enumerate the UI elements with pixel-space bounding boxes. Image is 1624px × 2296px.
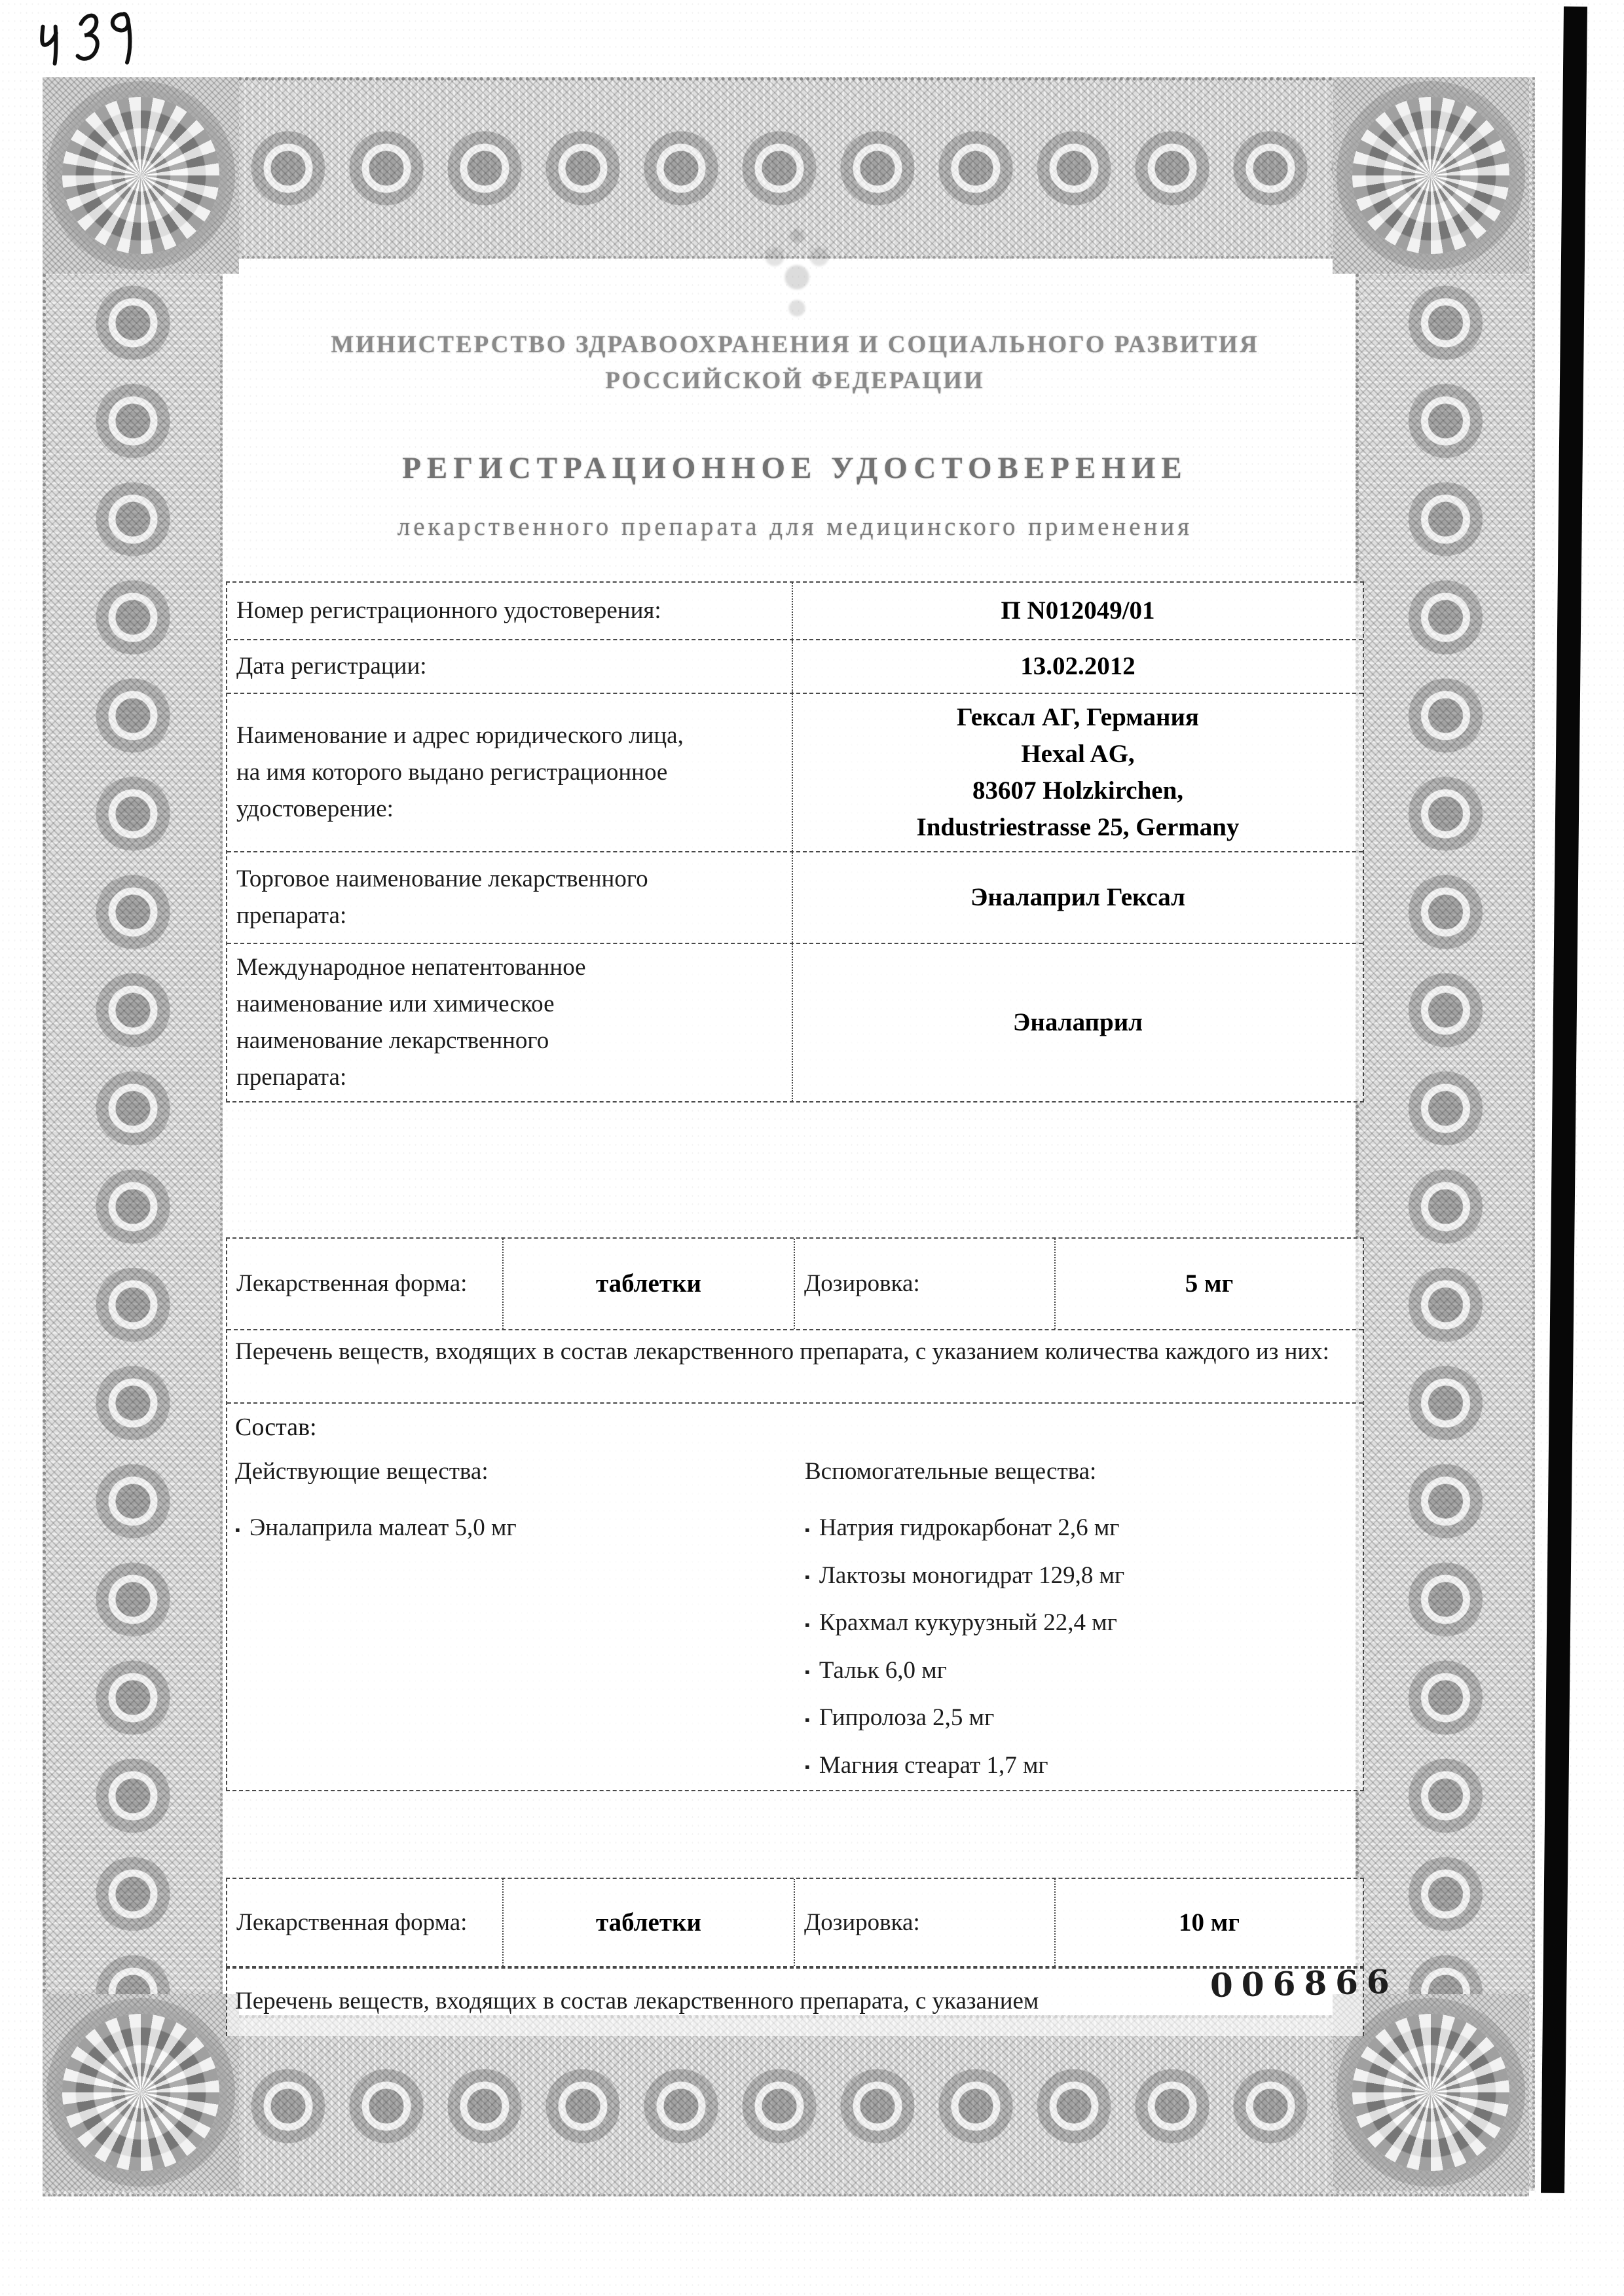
form-5mg-table: Лекарственная форма: таблетки Дозировка:… <box>226 1237 1364 1791</box>
table-row: Лекарственная форма: таблетки Дозировка:… <box>227 1879 1363 1966</box>
table-row: Состав: Действующие вещества: Эналаприла… <box>227 1402 1363 1790</box>
frame-band-right <box>1356 77 1535 2191</box>
table-row: Международное непатентованное наименован… <box>227 943 1363 1101</box>
trade-name-value: Эналаприл Гексал <box>792 852 1363 943</box>
holder-line: 83607 Holzkirchen, <box>972 773 1183 809</box>
trade-name-label-text: Торговое наименование лекарственного пре… <box>236 861 708 934</box>
form-value-5mg: таблетки <box>502 1239 794 1329</box>
excipient-item: Магния стеарат 1,7 мг <box>805 1743 1355 1791</box>
composition-intro-10mg: Перечень веществ, входящих в состав лека… <box>227 1969 1046 2034</box>
rosette-icon-top-right <box>1352 97 1509 254</box>
certificate-title: РЕГИСТРАЦИОННОЕ УДОСТОВЕРЕНИЕ <box>226 450 1364 486</box>
composition-intro-5mg: Перечень веществ, входящих в состав лека… <box>227 1330 1337 1402</box>
holder-value: Гексал АГ, Германия Hexal AG, 83607 Holz… <box>792 694 1363 851</box>
active-substances-title: Действующие вещества: <box>235 1457 800 1485</box>
serial-number-stamp: 006866 <box>1209 1962 1398 2005</box>
inn-value: Эналаприл <box>792 944 1363 1101</box>
excipient-item: Лактозы моногидрат 129,8 мг <box>805 1553 1355 1601</box>
composition-title: Состав: <box>235 1413 1355 1442</box>
table-row: Дата регистрации: 13.02.2012 <box>227 639 1363 693</box>
form-label-10mg: Лекарственная форма: <box>227 1879 502 1966</box>
holder-line: Hexal AG, <box>1021 736 1134 773</box>
inn-label: Международное непатентованное наименован… <box>227 944 792 1101</box>
dosage-label-5mg: Дозировка: <box>794 1239 1054 1329</box>
dosage-value-10mg: 10 мг <box>1054 1879 1363 1966</box>
reg-number-label: Номер регистрационного удостоверения: <box>227 583 792 639</box>
coat-of-arms-watermark-icon <box>741 211 853 325</box>
frame-band-left <box>43 77 223 2191</box>
excipient-item: Натрия гидрокарбонат 2,6 мг <box>805 1505 1355 1553</box>
certificate-subtitle: лекарственного препарата для медицинског… <box>226 512 1364 541</box>
reg-date-value: 13.02.2012 <box>792 640 1363 693</box>
table-row: Торговое наименование лекарственного пре… <box>227 851 1363 943</box>
table-row: Номер регистрационного удостоверения: П … <box>227 583 1363 639</box>
ministry-name-line2: РОССИЙСКОЙ ФЕДЕРАЦИИ <box>226 367 1364 395</box>
truncated-composition-row: Перечень веществ, входящих в состав лека… <box>226 1967 1364 2036</box>
ministry-name-line1: МИНИСТЕРСТВО ЗДРАВООХРАНЕНИЯ И СОЦИАЛЬНО… <box>226 331 1364 359</box>
table-row: Лекарственная форма: таблетки Дозировка:… <box>227 1239 1363 1329</box>
reg-number-value: П N012049/01 <box>792 583 1363 639</box>
dosage-value-5mg: 5 мг <box>1054 1239 1363 1329</box>
excipients-title: Вспомогательные вещества: <box>805 1457 1355 1485</box>
excipients-column: Вспомогательные вещества: Натрия гидрока… <box>800 1457 1355 1790</box>
holder-line: Гексал АГ, Германия <box>957 699 1199 736</box>
excipient-item: Крахмал кукурузный 22,4 мг <box>805 1600 1355 1648</box>
frame-band-bottom <box>43 2015 1529 2196</box>
dosage-label-10mg: Дозировка: <box>794 1879 1054 1966</box>
table-row: Перечень веществ, входящих в состав лека… <box>227 1329 1363 1402</box>
excipient-item: Гипролоза 2,5 мг <box>805 1695 1355 1743</box>
form-value-10mg: таблетки <box>502 1879 794 1966</box>
handwritten-page-number <box>26 3 157 75</box>
trade-name-label: Торговое наименование лекарственного пре… <box>227 852 792 943</box>
scan-edge-black-bar <box>1541 7 1587 2193</box>
holder-line: Industriestrasse 25, Germany <box>917 809 1240 846</box>
rosette-icon-top-left <box>62 97 219 254</box>
scanned-registration-certificate: МИНИСТЕРСТВО ЗДРАВООХРАНЕНИЯ И СОЦИАЛЬНО… <box>0 0 1624 2296</box>
rosette-icon-bottom-right <box>1352 2014 1509 2171</box>
registration-table: Номер регистрационного удостоверения: П … <box>226 581 1364 1102</box>
rosette-icon-bottom-left <box>62 2014 219 2171</box>
reg-date-label: Дата регистрации: <box>227 640 792 693</box>
active-substance-item: Эналаприла малеат 5,0 мг <box>235 1505 800 1553</box>
form-label-5mg: Лекарственная форма: <box>227 1239 502 1329</box>
holder-label-text: Наименование и адрес юридического лица, … <box>236 718 695 828</box>
table-row: Перечень веществ, входящих в состав лека… <box>227 1969 1363 2034</box>
inn-label-text: Международное непатентованное наименован… <box>236 949 629 1096</box>
handwriting-439-icon <box>26 3 157 75</box>
composition-columns: Действующие вещества: Эналаприла малеат … <box>235 1457 1355 1790</box>
active-substances-column: Действующие вещества: Эналаприла малеат … <box>235 1457 800 1790</box>
excipient-item: Тальк 6,0 мг <box>805 1648 1355 1696</box>
table-row: Наименование и адрес юридического лица, … <box>227 693 1363 851</box>
composition-cell: Состав: Действующие вещества: Эналаприла… <box>227 1404 1363 1790</box>
holder-label: Наименование и адрес юридического лица, … <box>227 694 792 851</box>
form-10mg-table: Лекарственная форма: таблетки Дозировка:… <box>226 1878 1364 1967</box>
